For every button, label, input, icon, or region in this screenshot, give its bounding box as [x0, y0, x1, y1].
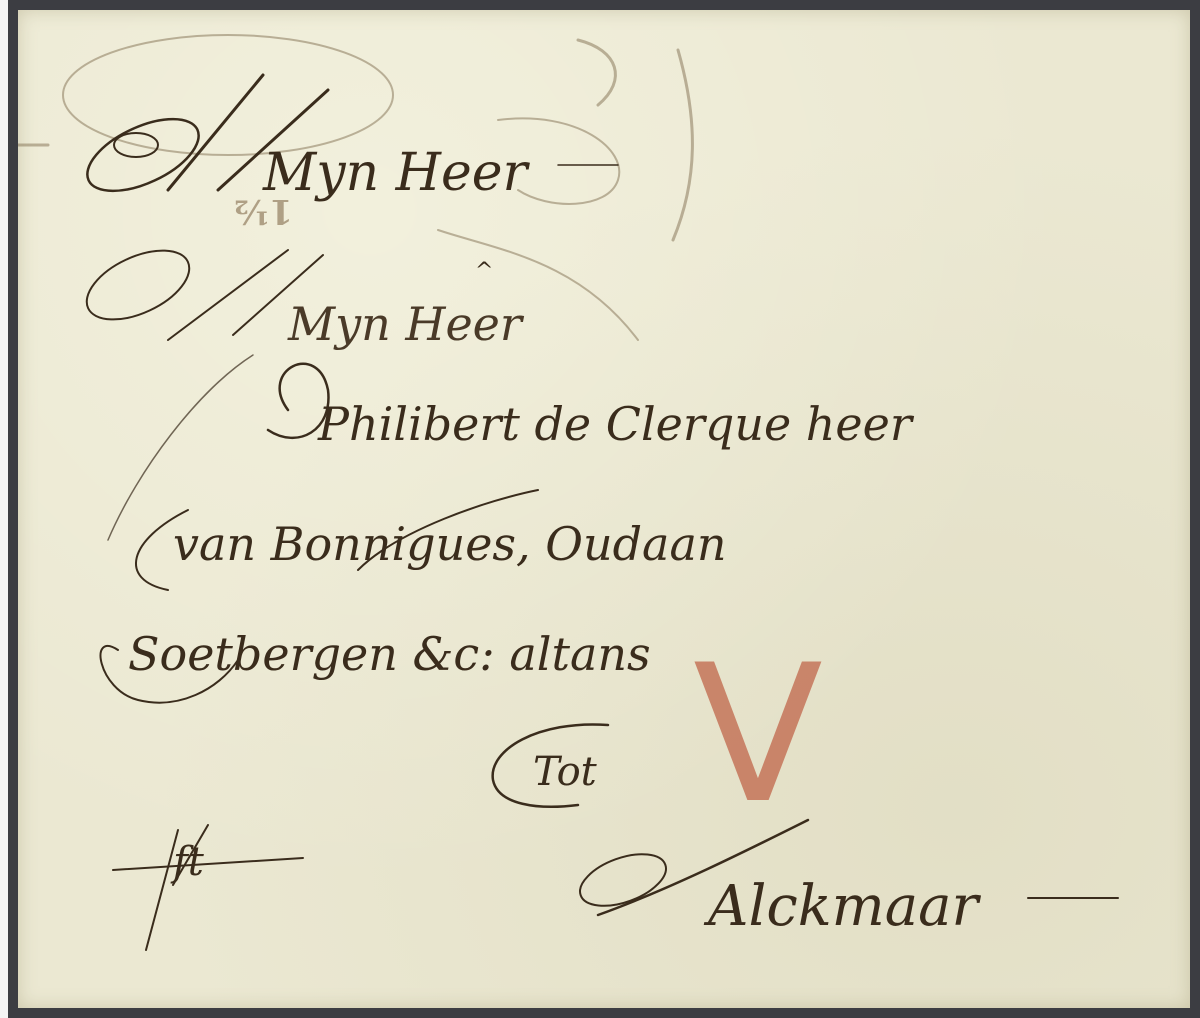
letter-sheet: 1½ Myn Heer Myn Heer ^ Philibert de Cler…: [18, 10, 1190, 1008]
addressee-name-text: Philibert de Clerque heer: [317, 397, 915, 451]
tot-text: Tot: [533, 749, 598, 795]
address-line-1: Philibert de Clerque heer: [108, 355, 915, 540]
addressee-title-text: van Bonnigues, Oudaan: [173, 517, 727, 571]
address-line-2: van Bonnigues, Oudaan: [136, 490, 727, 590]
salutation-line-2: Myn Heer ^: [76, 236, 525, 351]
manuscript-mark-text: ft: [170, 839, 205, 885]
salutation-text-2: Myn Heer: [287, 297, 525, 351]
destination-line: Alckmaar: [573, 820, 1118, 939]
salutation-text-1: Myn Heer: [262, 143, 531, 203]
address-line-4: Tot: [493, 724, 608, 806]
address-line-3: Soetbergen &c: altans: [101, 627, 651, 703]
destination-text: Alckmaar: [703, 874, 982, 939]
red-crayon-v-mark: V: [693, 624, 823, 845]
scan-margin: [0, 0, 8, 1018]
addressee-location-text: Soetbergen &c: altans: [128, 627, 651, 681]
manuscript-mark: ft: [113, 825, 303, 950]
letter-artwork: 1½ Myn Heer Myn Heer ^ Philibert de Cler…: [18, 10, 1190, 1008]
salutation-line-1: Myn Heer: [77, 75, 618, 206]
accent-mark: ^: [475, 259, 493, 284]
